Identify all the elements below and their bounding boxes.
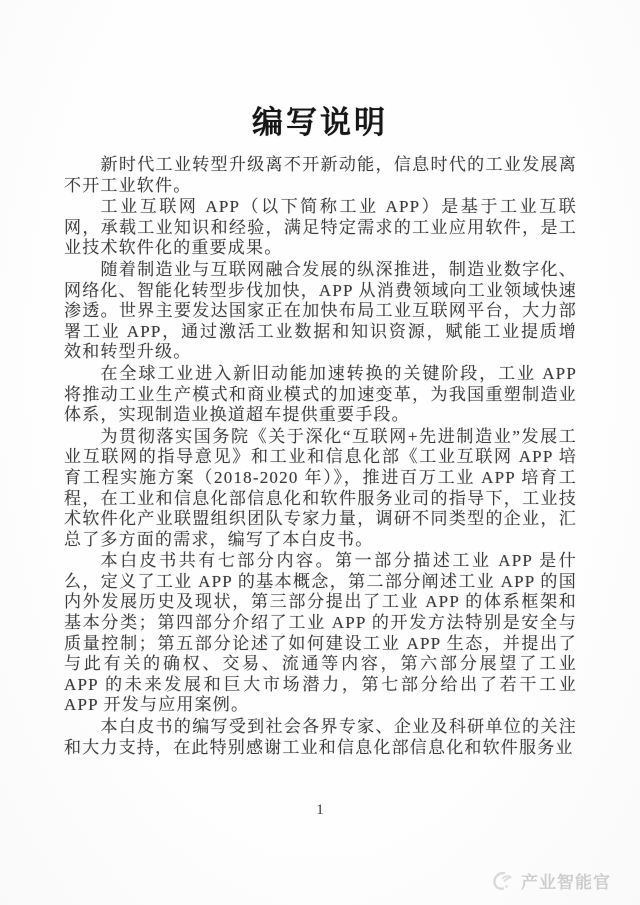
industry-intelligence-logo-icon [490, 869, 514, 893]
body-paragraph: 为贯彻落实国务院《关于深化“互联网+先进制造业”发展工业互联网的指导意见》和工业… [64, 427, 577, 551]
body-paragraph: 本白皮书共有七部分内容。第一部分描述工业 APP 是什么，定义了工业 APP 的… [64, 551, 577, 716]
document-body: 新时代工业转型升级离不开新动能，信息时代的工业发展离不开工业软件。工业互联网 A… [64, 155, 577, 758]
watermark-label: 产业智能官 [521, 868, 611, 893]
page-number: 1 [0, 802, 640, 819]
body-paragraph: 随着制造业与互联网融合发展的纵深推进，制造业数字化、网络化、智能化转型步伐加快，… [64, 260, 577, 363]
scanned-document-page: 编写说明 新时代工业转型升级离不开新动能，信息时代的工业发展离不开工业软件。工业… [0, 0, 640, 905]
body-paragraph: 新时代工业转型升级离不开新动能，信息时代的工业发展离不开工业软件。 [64, 155, 577, 196]
body-paragraph: 工业互联网 APP（以下简称工业 APP）是基于工业互联网，承载工业知识和经验，… [64, 197, 577, 259]
page-title: 编写说明 [0, 97, 640, 142]
body-paragraph: 本白皮书的编写受到社会各界专家、企业及科研单位的关注和大力支持，在此特别感谢工业… [64, 717, 577, 758]
watermark: 产业智能官 [490, 868, 611, 893]
body-paragraph: 在全球工业进入新旧动能加速转换的关键阶段，工业 APP 将推动工业生产模式和商业… [64, 364, 577, 426]
